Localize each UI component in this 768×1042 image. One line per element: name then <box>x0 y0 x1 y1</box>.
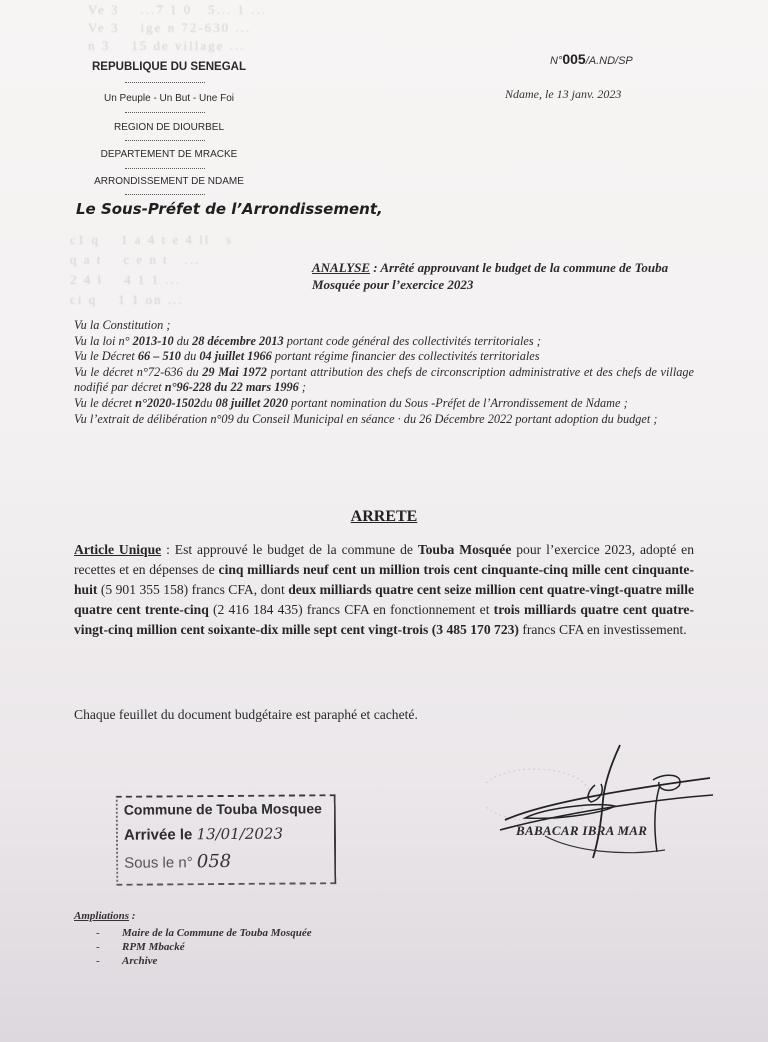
arrondissement-name: ARRONDISSEMENT DE NDAME <box>74 176 264 187</box>
visa-item: Vu le décret n°72-636 du 29 Mai 1972 por… <box>74 365 694 396</box>
stamp-arrival: Arrivée le 13/01/2023 <box>124 825 283 844</box>
reference-number: N°005/A.ND/SP <box>550 51 633 67</box>
stamp-number-value: 058 <box>197 851 232 872</box>
total-budget-amount: (5 901 355 158) <box>101 582 188 597</box>
divider <box>125 112 205 113</box>
bleed-through-text: Ve 3 ige n 72-630 ... <box>88 20 251 36</box>
visa-text: Vu le décret n°72-636 du <box>74 365 202 379</box>
ampliations-label: Ampliations <box>74 910 129 922</box>
article-label: Article Unique <box>74 542 161 557</box>
stamp-commune: Commune de Touba Mosquee <box>124 800 322 817</box>
visa-text: n°2020-1502 <box>135 396 200 410</box>
visa-item: Vu le Décret 66 – 510 du 04 juillet 1966… <box>74 349 694 365</box>
visa-item: Vu la loi n° 2013-10 du 28 décembre 2013… <box>74 334 694 350</box>
closing-statement: Chaque feuillet du document budgétaire e… <box>74 707 418 723</box>
reception-stamp: Commune de Touba Mosquee Arrivée le 13/0… <box>116 794 337 886</box>
article-text: francs CFA, dont <box>188 582 288 597</box>
place-date: Ndame, le 13 janv. 2023 <box>505 87 621 102</box>
visa-text: du <box>181 349 199 363</box>
article-unique: Article Unique : Est approuvé le budget … <box>74 540 694 640</box>
visa-text: Vu la Constitution ; <box>74 318 170 332</box>
ampliations-colon: : <box>129 910 135 922</box>
visas-list: Vu la Constitution ;Vu la loi n° 2013-10… <box>74 318 694 427</box>
bleed-through-text: ci q 1 1 on ... <box>70 292 184 308</box>
stamp-arrival-label: Arrivée le <box>124 826 197 844</box>
bleed-through-text: 2 4 l 4 1 1 ... <box>70 272 181 288</box>
bleed-through-text: q a t c e n t ... <box>70 252 200 268</box>
country-heading: REPUBLIQUE DU SENEGAL <box>74 61 264 73</box>
visa-text: portant code général des collectivités t… <box>284 334 541 348</box>
visa-item: Vu l’extrait de délibération n°09 du Con… <box>74 412 694 428</box>
region-name: REGION DE DIOURBEL <box>74 122 264 133</box>
visa-text: 29 Mai 1972 <box>202 365 267 379</box>
visa-text: 2013-10 <box>133 334 174 348</box>
divider <box>125 194 205 195</box>
issuing-authority: Le Sous-Préfet de l’Arrondissement, <box>76 200 383 218</box>
reference-prefix: N° <box>550 55 562 67</box>
article-text: francs CFA en fonctionnement et <box>303 602 494 617</box>
investment-budget-amount: (3 485 170 723) <box>432 622 519 637</box>
signature-icon <box>485 740 715 860</box>
operating-budget-amount: (2 416 184 435) <box>213 602 303 617</box>
reference-suffix: /A.ND/SP <box>586 55 633 67</box>
analyse-block: ANALYSE : Arrêté approuvant le budget de… <box>312 259 692 293</box>
list-item: Archive <box>96 954 312 968</box>
visa-text: 08 juillet 2020 <box>216 396 288 410</box>
article-text: : Est approuvé le budget de la commune d… <box>161 542 418 557</box>
visa-text: Vu le décret <box>74 396 135 410</box>
list-item: Maire de la Commune de Touba Mosquée <box>96 926 312 940</box>
stamp-arrival-date: 13/01/2023 <box>196 825 283 844</box>
stamp-number: Sous le n° 058 <box>124 851 231 873</box>
visa-text: du <box>200 396 215 410</box>
visa-text: 04 juillet 1966 <box>199 349 271 363</box>
visa-text: portant régime financier des collectivit… <box>272 349 540 363</box>
visa-text: Vu la loi n° <box>74 334 133 348</box>
ampliations-heading: Ampliations : <box>74 910 135 922</box>
article-text: francs CFA en investissement. <box>519 622 687 637</box>
bleed-through-text: c1 q 1 a 4 t e 4 ll s <box>70 232 233 248</box>
stamp-number-label: Sous le n° <box>124 854 197 872</box>
analyse-label: ANALYSE <box>312 260 370 275</box>
visa-text: Vu l’extrait de délibération n°09 du Con… <box>74 412 657 426</box>
ampliations-list: Maire de la Commune de Touba Mosquée RPM… <box>96 926 312 968</box>
reference-number-value: 005 <box>562 51 585 67</box>
divider <box>125 168 205 169</box>
visa-text: 66 – 510 <box>138 349 181 363</box>
divider <box>125 82 205 83</box>
signatory-name: BABACAR IBRA MAR <box>516 823 647 839</box>
arrete-title: ARRETE <box>0 508 768 526</box>
department-name: DEPARTEMENT DE MRACKE <box>74 149 264 160</box>
visa-text: ; <box>299 380 306 394</box>
visa-item: Vu le décret n°2020-1502du 08 juillet 20… <box>74 396 694 412</box>
visa-text: Vu le Décret <box>74 349 138 363</box>
divider <box>125 140 205 141</box>
visa-text: n°96-228 du 22 mars 1996 <box>165 380 299 394</box>
commune-name: Touba Mosquée <box>418 542 512 557</box>
visa-item: Vu la Constitution ; <box>74 318 694 334</box>
visa-text: portant nomination du Sous -Préfet de l’… <box>288 396 628 410</box>
visa-text: 28 décembre 2013 <box>192 334 284 348</box>
national-motto: Un Peuple - Un But - Une Foi <box>74 93 264 104</box>
visa-text: du <box>174 334 192 348</box>
bleed-through-text: Ve 3 ...7 1 0 5... 1 ... <box>88 2 267 18</box>
bleed-through-text: n 3 15 de village ... <box>88 38 245 54</box>
list-item: RPM Mbacké <box>96 940 312 954</box>
